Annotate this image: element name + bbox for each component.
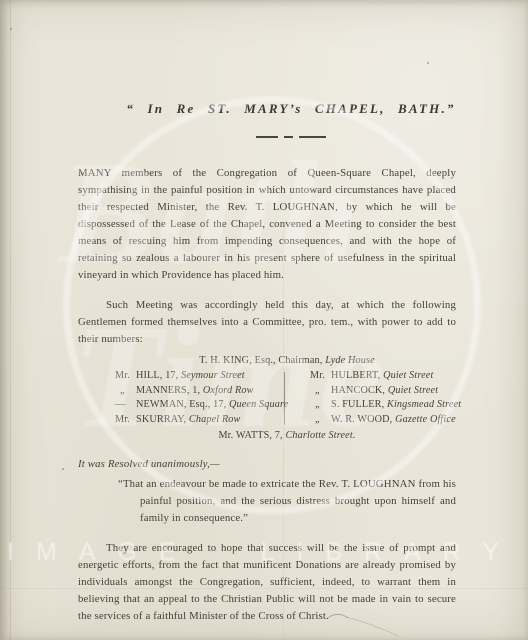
- member-prefix: „: [310, 384, 331, 399]
- member-prefix: „: [310, 413, 331, 428]
- member-prefix: „: [115, 384, 136, 399]
- committee-left-column: Mr.HILL, 17, Seymour Street „MANNERS, 1,…: [78, 369, 283, 427]
- member-prefix: Mr.: [115, 369, 136, 384]
- committee-member: „MANNERS, 1, Oxford Row: [115, 384, 283, 399]
- committee-right-column: Mr.HULBERT, Quiet Street „HANCOCK, Quiet…: [283, 369, 461, 427]
- committee-member: Mr.SKURRAY, Chapel Row: [115, 413, 283, 428]
- member-name: HULBERT,: [331, 370, 380, 381]
- chairman-address: Lyde House: [325, 355, 375, 366]
- member-prefix: —: [115, 398, 136, 413]
- member-name: W. R. WOOD,: [331, 414, 392, 425]
- paper-speck: [10, 28, 12, 30]
- paper-speck: [62, 468, 64, 470]
- committee-final-member: Mr. WATTS, 7, Charlotte Street.: [98, 429, 476, 444]
- printed-notice: “ In Re ST. MARY’s CHAPEL, BATH.” MANY m…: [78, 0, 456, 625]
- member-name: HILL, 17,: [136, 370, 178, 381]
- committee-chairman: T. H. KING, Esq., Chairman, Lyde House: [98, 354, 476, 369]
- resolution-intro: It was Resolved unanimously,—: [78, 456, 456, 473]
- committee-columns: Mr.HILL, 17, Seymour Street „MANNERS, 1,…: [78, 369, 456, 427]
- member-address: Chapel Row: [189, 414, 241, 425]
- member-address: Seymour Street: [181, 370, 245, 381]
- member-address: Kingsmead Street: [387, 399, 461, 410]
- paragraph-meeting: Such Meeting was accordingly held this d…: [78, 297, 456, 348]
- committee-list: T. H. KING, Esq., Chairman, Lyde House M…: [78, 354, 456, 444]
- left-edge-crease: [10, 0, 11, 640]
- committee-member: „S. FULLER, Kingsmead Street: [310, 398, 461, 413]
- committee-member: —NEWMAN, Esq., 17, Queen Square: [115, 398, 283, 413]
- chairman-name: T. H. KING, Esq., Chairman,: [199, 355, 322, 366]
- member-address: Queen Square: [229, 399, 288, 410]
- column-divider-rule: [284, 372, 285, 424]
- member-prefix: „: [310, 398, 331, 413]
- member-name: MANNERS, 1,: [136, 385, 200, 396]
- member-name: HANCOCK,: [331, 385, 385, 396]
- member-name: SKURRAY,: [136, 414, 186, 425]
- committee-member: „HANCOCK, Quiet Street: [310, 384, 461, 399]
- member-address: Quiet Street: [383, 370, 433, 381]
- member-address: Charlotte Street.: [285, 430, 355, 441]
- member-address: Gazette Office: [395, 414, 456, 425]
- committee-member: Mr.HULBERT, Quiet Street: [310, 369, 461, 384]
- member-prefix: Mr.: [310, 369, 331, 384]
- pencil-mark: [322, 608, 414, 640]
- page-title: “ In Re ST. MARY’s CHAPEL, BATH.”: [102, 100, 480, 117]
- member-name: S. FULLER,: [331, 399, 384, 410]
- resolution-text: “That an endeavour be made to extricate …: [78, 476, 456, 527]
- member-name: NEWMAN, Esq., 17,: [136, 399, 226, 410]
- committee-member: „W. R. WOOD, Gazette Office: [310, 413, 461, 428]
- paragraph-introduction: MANY members of the Congregation of Quee…: [78, 165, 456, 284]
- member-address: Quiet Street: [388, 385, 438, 396]
- committee-member: Mr.HILL, 17, Seymour Street: [115, 369, 283, 384]
- member-prefix: Mr.: [115, 413, 136, 428]
- title-divider-rule: [102, 136, 480, 138]
- scanned-paper-page: “ In Re ST. MARY’s CHAPEL, BATH.” MANY m…: [0, 0, 528, 640]
- member-address: Oxford Row: [203, 385, 254, 396]
- member-name: Mr. WATTS, 7,: [218, 430, 282, 441]
